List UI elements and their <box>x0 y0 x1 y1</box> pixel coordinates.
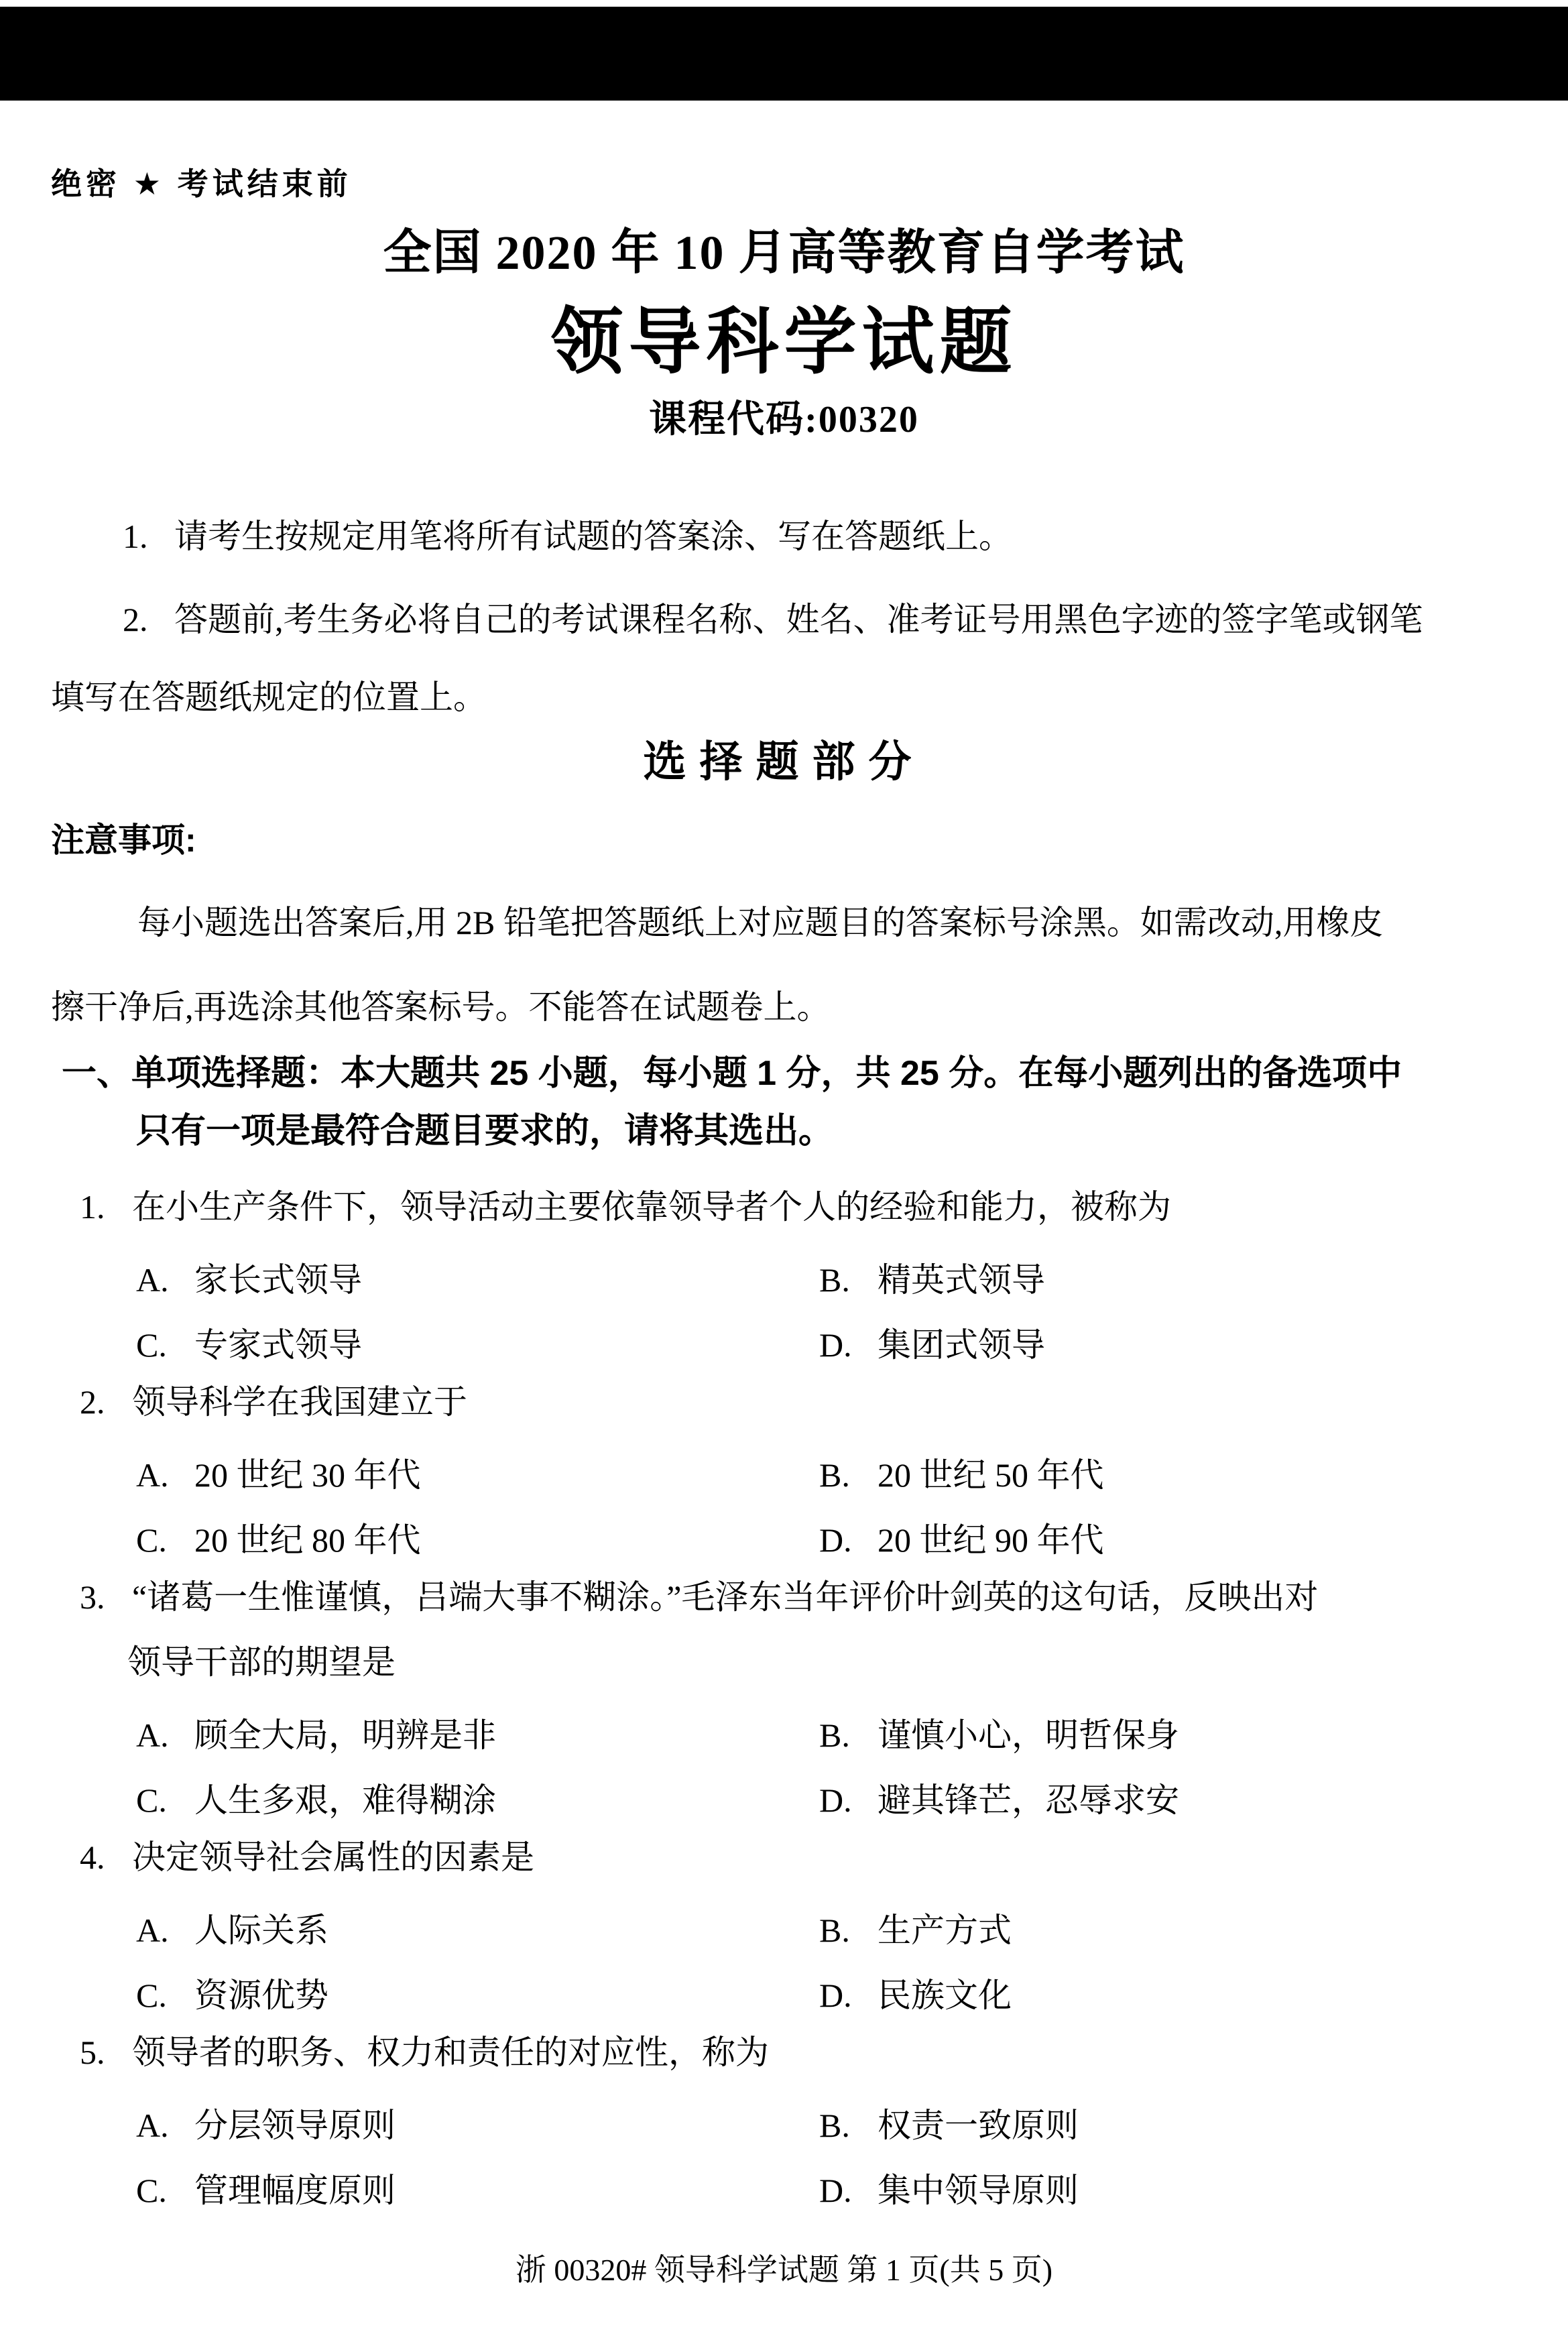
course-code-label: 课程代码:00320 <box>0 398 1568 441</box>
option-b-text: 生产方式 <box>878 1912 1012 1949</box>
question-2-options-row-1: A.20 世纪 30 年代 B.20 世纪 50 年代 <box>0 1448 1568 1490</box>
question-3-number: 3. <box>80 1578 132 1617</box>
option-b-text: 谨慎小心，明哲保身 <box>878 1716 1179 1754</box>
option-d-letter: D. <box>819 2171 878 2210</box>
option-a-text: 分层领导原则 <box>194 2107 396 2144</box>
option-d-text: 集团式领导 <box>878 1326 1045 1364</box>
question-3-stem-text: “诸葛一生惟谨慎，吕端大事不糊涂。”毛泽东当年评价叶剑英的这句话，反映出对 <box>132 1578 1318 1616</box>
option-d-letter: D. <box>819 1781 878 1820</box>
section-one-heading-line-1: 一、单项选择题：本大题共 25 小题，每小题 1 分，共 25 分。在每小题列出… <box>62 1054 1402 1094</box>
option-c-text: 人生多艰，难得糊涂 <box>194 1781 496 1819</box>
option-b-letter: B. <box>819 1456 878 1494</box>
option-c-text: 专家式领导 <box>194 1326 362 1364</box>
option-a-letter: A. <box>136 1456 194 1494</box>
section-one-heading-line-2: 只有一项是最符合题目要求的，请将其选出。 <box>136 1112 833 1152</box>
question-1-stem: 1.在小生产条件下，领导活动主要依靠领导者个人的经验和能力，被称为 <box>80 1188 1171 1227</box>
question-3-options-row-1: A.顾全大局，明辨是非 B.谨慎小心，明哲保身 <box>0 1708 1568 1750</box>
option-d-letter: D. <box>819 1976 878 2015</box>
question-4-option-b: B.生产方式 <box>819 1903 1012 1952</box>
question-4-stem-text: 决定领导社会属性的因素是 <box>132 1838 534 1876</box>
exam-session-title: 全国 2020 年 10 月高等教育自学考试 <box>0 225 1568 281</box>
question-1-option-b: B.精英式领导 <box>819 1253 1045 1301</box>
exam-paper-page: 绝密 ★ 考试结束前 全国 2020 年 10 月高等教育自学考试 领导科学试题… <box>0 0 1568 2352</box>
option-b-text: 20 世纪 50 年代 <box>878 1456 1104 1494</box>
instruction-2-text-line-1: 答题前,考生务必将自己的考试课程名称、姓名、准考证号用黑色字迹的签字笔或钢笔 <box>174 601 1423 638</box>
option-c-letter: C. <box>136 1326 194 1364</box>
question-2-option-a: A.20 世纪 30 年代 <box>136 1448 421 1496</box>
option-b-letter: B. <box>819 1911 878 1950</box>
question-5-option-d: D.集中领导原则 <box>819 2164 1079 2212</box>
question-2-options-row-2: C.20 世纪 80 年代 D.20 世纪 90 年代 <box>0 1513 1568 1555</box>
option-c-text: 管理幅度原则 <box>194 2172 396 2209</box>
option-b-letter: B. <box>819 1260 878 1299</box>
option-a-letter: A. <box>136 2106 194 2145</box>
question-2-stem-text: 领导科学在我国建立于 <box>132 1383 467 1421</box>
option-c-letter: C. <box>136 1976 194 2015</box>
option-b-letter: B. <box>819 2106 878 2145</box>
notes-paragraph-line-2: 擦干净后,再选涂其他答案标号。不能答在试题卷上。 <box>51 988 831 1027</box>
question-3-option-c: C.人生多艰，难得糊涂 <box>136 1773 496 1822</box>
security-classification-label: 绝密 ★ 考试结束前 <box>51 166 352 202</box>
option-d-letter: D. <box>819 1326 878 1364</box>
option-a-text: 家长式领导 <box>194 1261 362 1299</box>
question-1-option-c: C.专家式领导 <box>136 1318 362 1366</box>
paper-title: 领导科学试题 <box>0 300 1568 384</box>
question-1-number: 1. <box>80 1188 132 1227</box>
question-2-option-b: B.20 世纪 50 年代 <box>819 1448 1104 1496</box>
question-4-option-d: D.民族文化 <box>819 1968 1012 2017</box>
question-5-stem: 5.领导者的职务、权力和责任的对应性，称为 <box>80 2034 769 2072</box>
question-2-option-d: D.20 世纪 90 年代 <box>819 1513 1104 1562</box>
option-b-text: 权责一致原则 <box>878 2107 1079 2144</box>
notes-heading: 注意事项: <box>51 821 196 860</box>
question-5-stem-text: 领导者的职务、权力和责任的对应性，称为 <box>132 2034 769 2071</box>
option-b-letter: B. <box>819 1716 878 1755</box>
question-5-options-row-2: C.管理幅度原则 D.集中领导原则 <box>0 2164 1568 2205</box>
question-1-option-a: A.家长式领导 <box>136 1253 362 1301</box>
option-d-text: 20 世纪 90 年代 <box>878 1521 1104 1559</box>
instruction-2-number: 2. <box>123 601 174 640</box>
instruction-item-2-line-1: 2.答题前,考生务必将自己的考试课程名称、姓名、准考证号用黑色字迹的签字笔或钢笔 <box>123 601 1423 640</box>
option-b-text: 精英式领导 <box>878 1261 1045 1299</box>
option-a-letter: A. <box>136 1716 194 1755</box>
option-a-text: 顾全大局，明辨是非 <box>194 1716 496 1754</box>
question-4-options-row-2: C.资源优势 D.民族文化 <box>0 1968 1568 2010</box>
question-1-stem-text: 在小生产条件下，领导活动主要依靠领导者个人的经验和能力，被称为 <box>132 1188 1171 1226</box>
question-4-stem: 4.决定领导社会属性的因素是 <box>80 1838 534 1877</box>
instruction-1-number: 1. <box>123 518 174 556</box>
notes-paragraph-line-1: 每小题选出答案后,用 2B 铅笔把答题纸上对应题目的答案标号涂黑。如需改动,用橡… <box>137 904 1383 943</box>
question-4-options-row-1: A.人际关系 B.生产方式 <box>0 1903 1568 1945</box>
instruction-1-text: 请考生按规定用笔将所有试题的答案涂、写在答题纸上。 <box>174 518 1012 555</box>
question-5-option-c: C.管理幅度原则 <box>136 2164 396 2212</box>
option-d-letter: D. <box>819 1521 878 1560</box>
question-3-option-a: A.顾全大局，明辨是非 <box>136 1708 496 1757</box>
option-d-text: 避其锋芒，忍辱求安 <box>878 1781 1179 1819</box>
question-3-option-d: D.避其锋芒，忍辱求安 <box>819 1773 1179 1822</box>
question-2-number: 2. <box>80 1383 132 1422</box>
question-1-option-d: D.集团式领导 <box>819 1318 1045 1366</box>
question-3-options-row-2: C.人生多艰，难得糊涂 D.避其锋芒，忍辱求安 <box>0 1773 1568 1815</box>
option-a-letter: A. <box>136 1260 194 1299</box>
top-black-bar <box>0 7 1568 101</box>
option-d-text: 集中领导原则 <box>878 2172 1079 2209</box>
question-5-option-a: A.分层领导原则 <box>136 2099 396 2147</box>
option-d-text: 民族文化 <box>878 1977 1012 2014</box>
question-3-stem: 3.“诸葛一生惟谨慎，吕端大事不糊涂。”毛泽东当年评价叶剑英的这句话，反映出对 <box>80 1578 1318 1617</box>
question-1-options-row-1: A.家长式领导 B.精英式领导 <box>0 1253 1568 1295</box>
question-4-number: 4. <box>80 1838 132 1877</box>
question-1-options-row-2: C.专家式领导 D.集团式领导 <box>0 1318 1568 1360</box>
option-a-letter: A. <box>136 1911 194 1950</box>
question-5-number: 5. <box>80 2034 132 2072</box>
multiple-choice-part-heading: 选择题部分 <box>0 738 1568 787</box>
option-c-letter: C. <box>136 1781 194 1820</box>
option-c-text: 20 世纪 80 年代 <box>194 1521 421 1559</box>
option-c-letter: C. <box>136 2171 194 2210</box>
option-c-letter: C. <box>136 1521 194 1560</box>
question-5-option-b: B.权责一致原则 <box>819 2099 1079 2147</box>
option-a-text: 人际关系 <box>194 1912 328 1949</box>
instruction-item-1: 1.请考生按规定用笔将所有试题的答案涂、写在答题纸上。 <box>123 518 1012 556</box>
option-c-text: 资源优势 <box>194 1977 328 2014</box>
question-2-option-c: C.20 世纪 80 年代 <box>136 1513 421 1562</box>
question-4-option-a: A.人际关系 <box>136 1903 328 1952</box>
instruction-item-2-line-2: 填写在答题纸规定的位置上。 <box>51 679 487 717</box>
question-2-stem: 2.领导科学在我国建立于 <box>80 1383 467 1422</box>
question-5-options-row-1: A.分层领导原则 B.权责一致原则 <box>0 2099 1568 2140</box>
page-footer: 浙 00320# 领导科学试题 第 1 页(共 5 页) <box>0 2253 1568 2288</box>
question-3-option-b: B.谨慎小心，明哲保身 <box>819 1708 1179 1757</box>
question-4-option-c: C.资源优势 <box>136 1968 328 2017</box>
question-3-stem-line-2: 领导干部的期望是 <box>127 1643 396 1682</box>
option-a-text: 20 世纪 30 年代 <box>194 1456 421 1494</box>
